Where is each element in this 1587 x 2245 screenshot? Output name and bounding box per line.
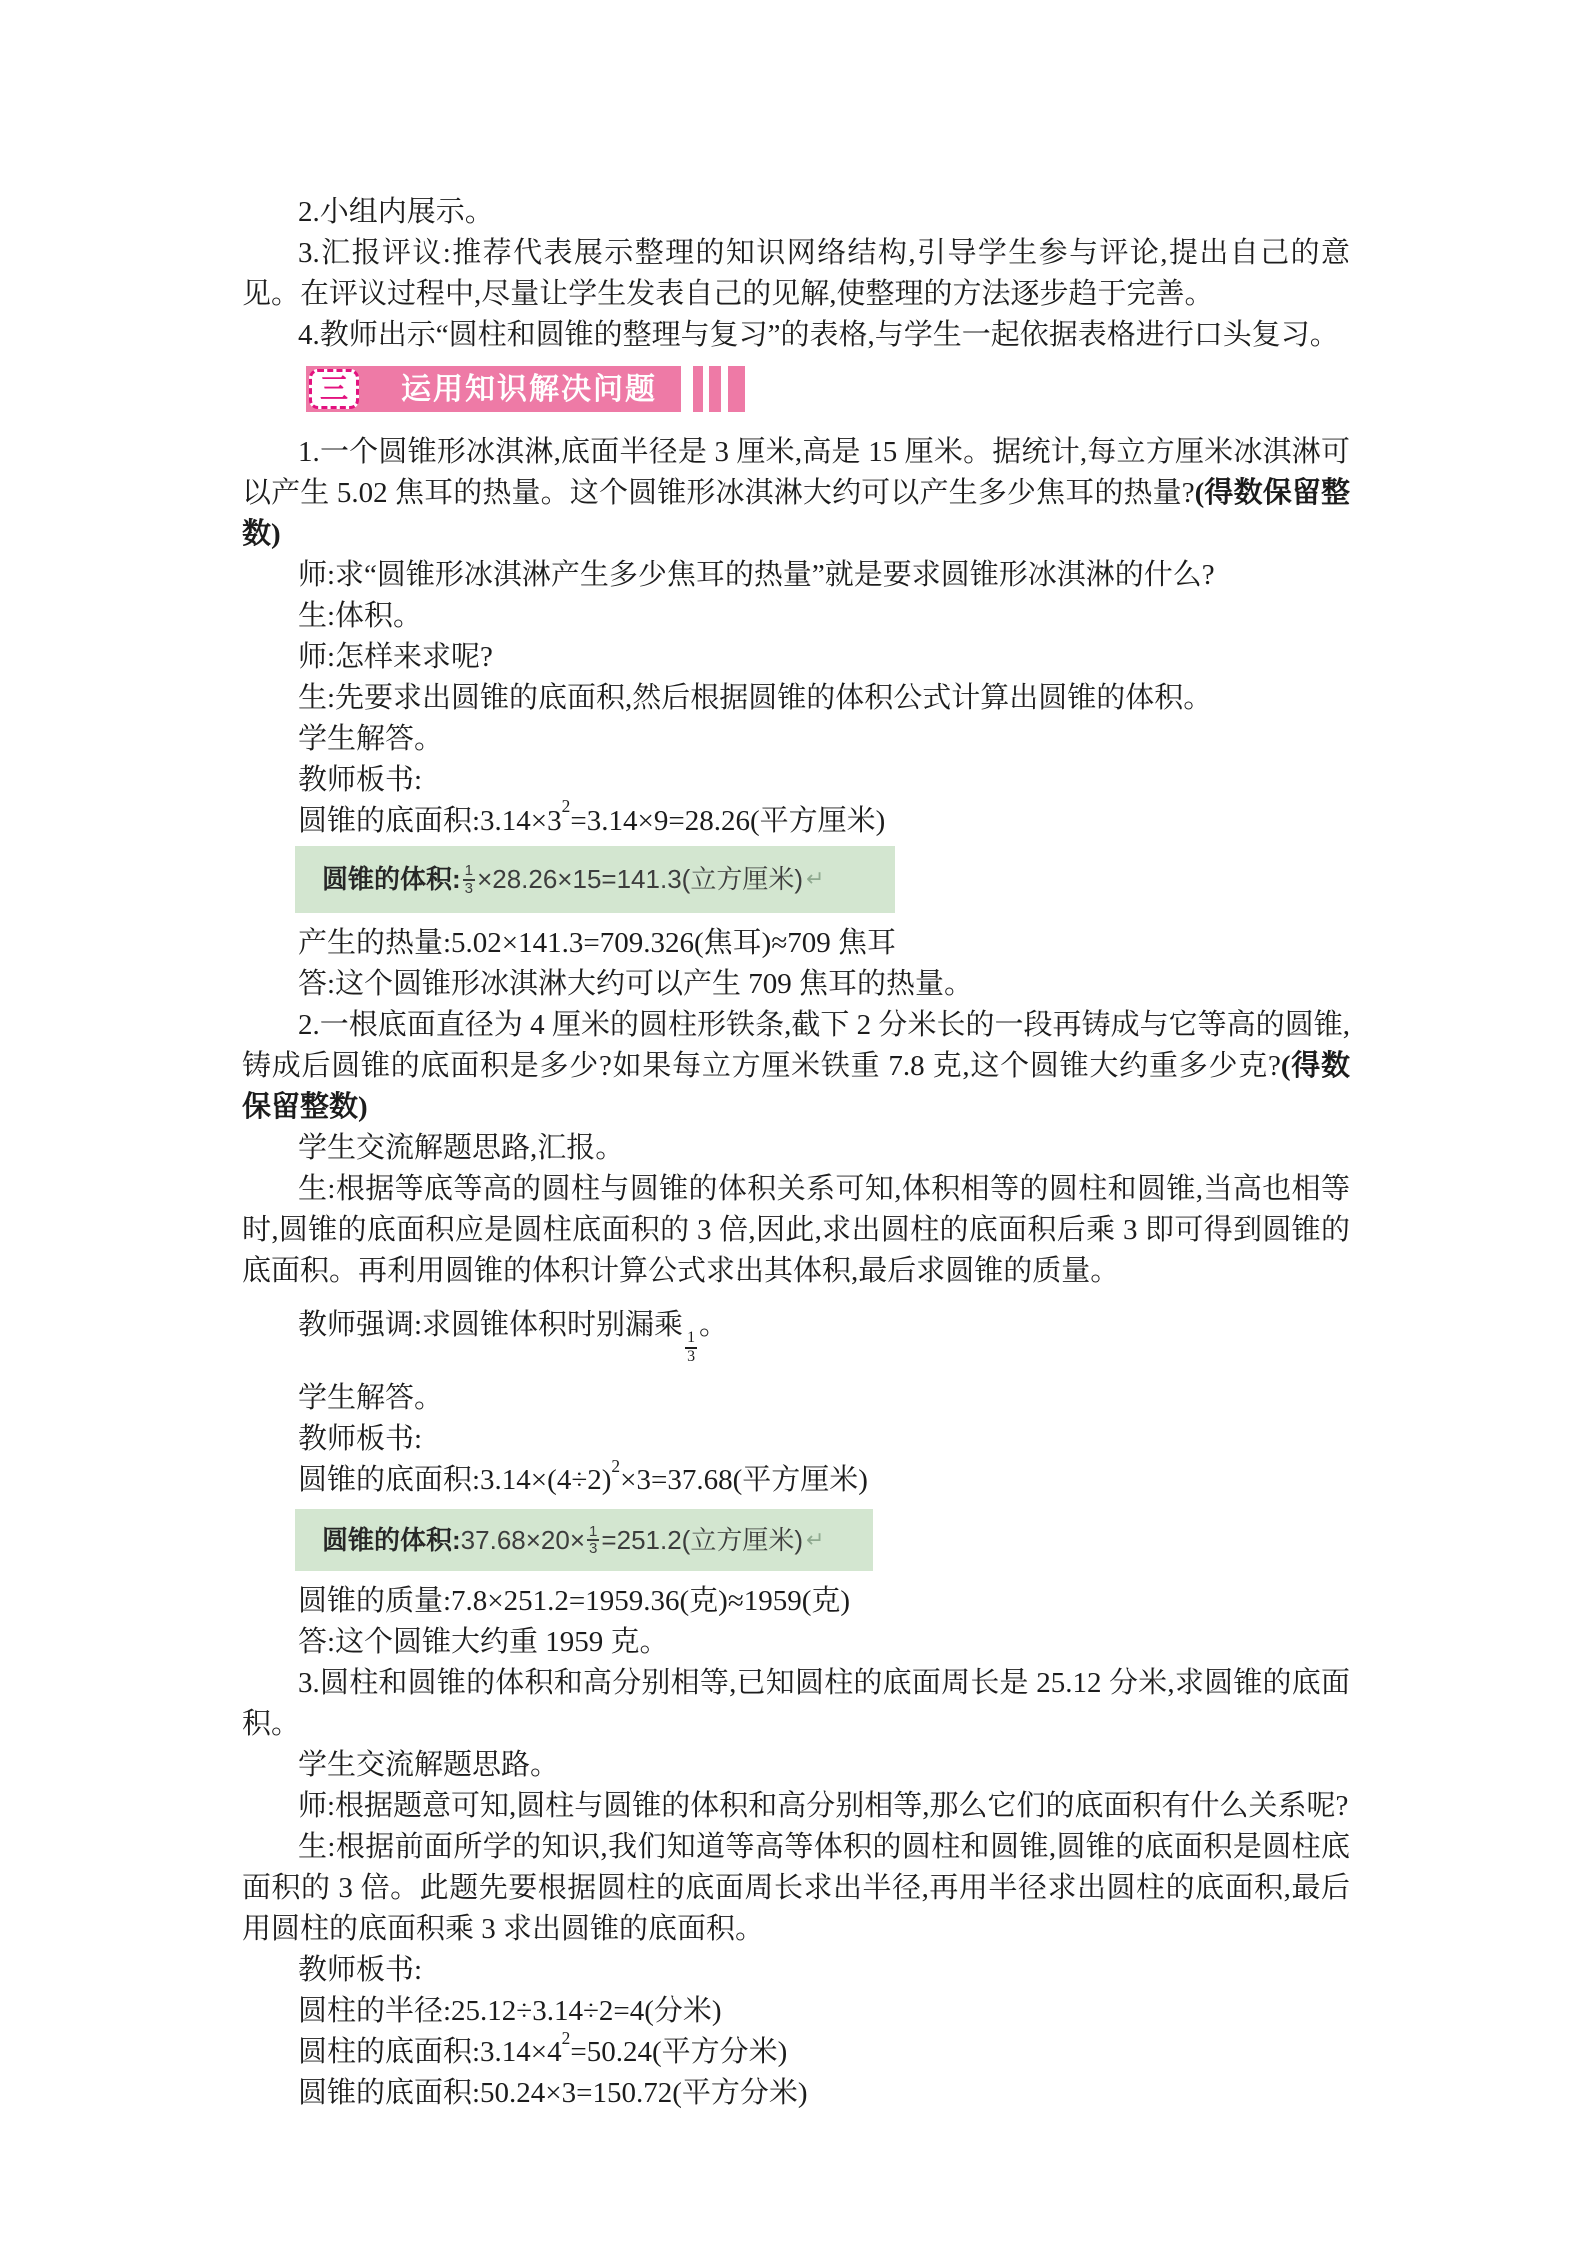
lesson-step-2: 2.小组内展示。 [242,192,1350,233]
superscript: 2 [562,796,571,816]
teacher-line: 师:求“圆锥形冰淇淋产生多少焦耳的热量”就是要求圆锥形冰淇淋的什么? [242,555,1350,596]
formula-text: 圆锥的底面积:3.14×3 [298,805,562,837]
emphasis-text: 。 [699,1309,728,1341]
emphasis-text: 教师强调:求圆锥体积时别漏乘 [298,1309,683,1341]
teacher-line: 师:怎样来求呢? [242,637,1350,678]
fraction-one-third: 13 [587,1524,599,1558]
board-screenshot-cone-volume-2: 圆锥的体积:37.68×20×13=251.2(立方厘米)↵ [295,1509,873,1571]
formula-cone-base-area-3: 圆锥的底面积:50.24×3=150.72(平方分米) [242,2073,1350,2114]
teacher-emphasis-line: 教师强调:求圆锥体积时别漏乘13。 [242,1305,1350,1365]
fraction-numerator: 1 [463,863,475,881]
formula-text: 圆锥的底面积:3.14×(4÷2) [298,1464,611,1496]
action-line: 学生交流解题思路。 [242,1745,1350,1786]
section-banner-body: 三 运用知识解决问题 [306,366,681,412]
formula-cylinder-base-area: 圆柱的底面积:3.14×42=50.24(平方分米) [242,2032,1350,2073]
superscript: 2 [562,2028,571,2048]
answer-line: 答:这个圆锥形冰淇淋大约可以产生 709 焦耳的热量。 [242,964,1350,1005]
board-label: 教师板书: [242,1419,1350,1460]
formula-text: =50.24(平方分米) [570,2036,787,2068]
formula-cylinder-radius: 圆柱的半径:25.12÷3.14÷2=4(分米) [242,1991,1350,2032]
board-label: 教师板书: [242,760,1350,801]
problem-2-statement: 2.一根底面直径为 4 厘米的圆柱形铁条,截下 2 分米长的一段再铸成与它等高的… [242,1005,1350,1128]
banner-deco-stripe [728,366,745,412]
fraction-one-third: 13 [685,1330,697,1366]
fraction-numerator: 1 [685,1330,697,1349]
lesson-step-3: 3.汇报评议:推荐代表展示整理的知识网络结构,引导学生参与评论,提出自己的意见。… [242,233,1350,315]
return-arrow-icon: ↵ [806,1520,824,1561]
student-line: 生:根据等底等高的圆柱与圆锥的体积关系可知,体积相等的圆柱和圆锥,当高也相等时,… [242,1169,1350,1292]
banner-deco-stripe [709,366,721,412]
fraction-denominator: 3 [587,1541,599,1557]
greenbox-expression: ×28.26×15=141.3(立方厘米) [477,859,803,900]
fraction-numerator: 1 [587,1524,599,1542]
problem-1: 1.一个圆锥形冰淇淋,底面半径是 3 厘米,高是 15 厘米。据统计,每立方厘米… [242,432,1350,1005]
section-number-icon: 三 [309,369,359,409]
problem-1-statement: 1.一个圆锥形冰淇淋,底面半径是 3 厘米,高是 15 厘米。据统计,每立方厘米… [242,432,1350,555]
greenbox-label: 圆锥的体积: [322,859,461,900]
formula-text: ×3=37.68(平方厘米) [620,1464,868,1496]
student-line: 生:体积。 [242,596,1350,637]
mass-result-line: 圆锥的质量:7.8×251.2=1959.36(克)≈1959(克) [242,1581,1350,1622]
action-line: 学生解答。 [242,719,1350,760]
fraction-denominator: 3 [685,1349,697,1366]
formula-cone-base-area-1: 圆锥的底面积:3.14×32=3.14×9=28.26(平方厘米) [242,801,1350,842]
banner-deco-gap [721,366,728,412]
board-screenshot-cone-volume-1: 圆锥的体积:13×28.26×15=141.3(立方厘米)↵ [295,846,895,913]
board-label: 教师板书: [242,1950,1350,1991]
problem-3: 3.圆柱和圆锥的体积和高分别相等,已知圆柱的底面周长是 25.12 分米,求圆锥… [242,1663,1350,2114]
lesson-step-4: 4.教师出示“圆柱和圆锥的整理与复习”的表格,与学生一起依据表格进行口头复习。 [242,315,1350,356]
heat-result-line: 产生的热量:5.02×141.3=709.326(焦耳)≈709 焦耳 [242,923,1350,964]
problem-3-statement: 3.圆柱和圆锥的体积和高分别相等,已知圆柱的底面周长是 25.12 分米,求圆锥… [242,1663,1350,1745]
action-line: 学生解答。 [242,1378,1350,1419]
problem-2-statement-text: 2.一根底面直径为 4 厘米的圆柱形铁条,截下 2 分米长的一段再铸成与它等高的… [242,1009,1350,1082]
fraction-denominator: 3 [463,881,475,897]
section-title: 运用知识解决问题 [389,369,681,410]
superscript: 2 [611,1456,620,1476]
formula-text: 圆柱的底面积:3.14×4 [298,2036,562,2068]
student-line: 生:先要求出圆锥的底面积,然后根据圆锥的体积公式计算出圆锥的体积。 [242,678,1350,719]
greenbox-expression: =251.2(立方厘米) [601,1520,803,1561]
fraction-one-third: 13 [463,863,475,897]
formula-cone-base-area-2: 圆锥的底面积:3.14×(4÷2)2×3=37.68(平方厘米) [242,1460,1350,1501]
banner-deco-gap [681,366,693,412]
banner-deco-stripe [693,366,703,412]
teacher-line: 师:根据题意可知,圆柱与圆锥的体积和高分别相等,那么它们的底面积有什么关系呢? [242,1786,1350,1827]
greenbox-label: 圆锥的体积: [322,1520,461,1561]
problem-1-statement-text: 1.一个圆锥形冰淇淋,底面半径是 3 厘米,高是 15 厘米。据统计,每立方厘米… [242,436,1350,509]
return-arrow-icon: ↵ [806,859,824,900]
problem-2: 2.一根底面直径为 4 厘米的圆柱形铁条,截下 2 分米长的一段再铸成与它等高的… [242,1005,1350,1663]
formula-text: =3.14×9=28.26(平方厘米) [570,805,885,837]
greenbox-expression: 37.68×20× [461,1520,585,1561]
lesson-document-page: 2.小组内展示。 3.汇报评议:推荐代表展示整理的知识网络结构,引导学生参与评论… [0,0,1587,2245]
answer-line: 答:这个圆锥大约重 1959 克。 [242,1622,1350,1663]
student-line: 生:根据前面所学的知识,我们知道等高等体积的圆柱和圆锥,圆锥的底面积是圆柱底面积… [242,1827,1350,1950]
action-line: 学生交流解题思路,汇报。 [242,1128,1350,1169]
section-banner: 三 运用知识解决问题 [306,366,1350,412]
